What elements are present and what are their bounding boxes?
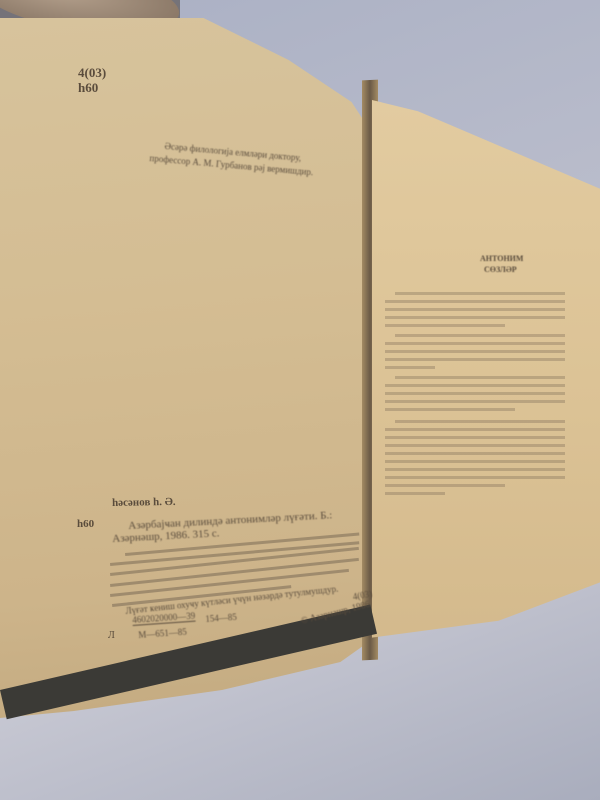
- classification-code: 4(03): [78, 65, 106, 81]
- right-page: [372, 100, 600, 660]
- catalog-code: h60: [77, 518, 94, 530]
- author-name: hәсәнов h. Ә.: [112, 496, 176, 509]
- index-prefix: Л: [108, 630, 115, 641]
- right-heading-2: СӨЗЛӘР: [484, 265, 517, 274]
- right-heading-1: АНТОНИМ: [480, 254, 523, 263]
- shelf-code: h60: [78, 80, 98, 96]
